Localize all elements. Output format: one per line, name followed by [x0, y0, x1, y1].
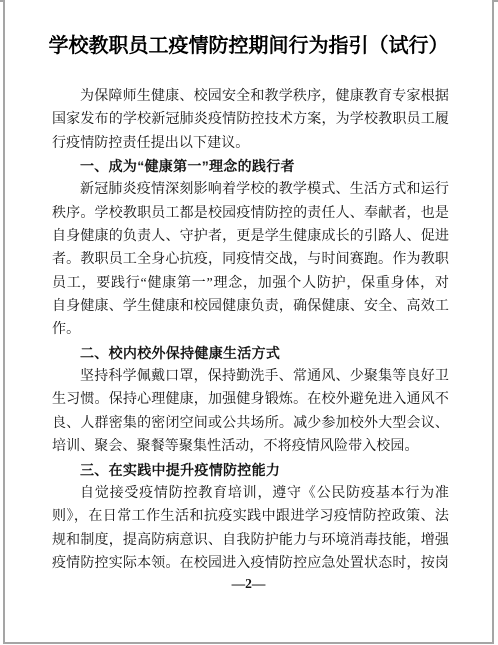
document-page: 学校教职员工疫情防控期间行为指引（试行） 为保障师生健康、校园安全和教学秩序，健…: [3, 0, 494, 644]
text-line: 自觉接受疫情防控教育培训，遵守《公民防疫基本行为准: [52, 482, 449, 505]
text-line: 员工，要践行“健康第一”理念，加强个人防护，保重身体，对: [52, 272, 449, 295]
section-heading: 一、成为“健康第一”理念的践行者: [52, 155, 449, 178]
page-number: —2—: [5, 576, 492, 592]
text-line: 坚持科学佩戴口罩，保持勤洗手、常通风、少聚集等良好卫: [52, 365, 449, 388]
text-line: 者。教职员工全身心抗疫，同疫情交战，与时间赛跑。作为教职: [52, 248, 449, 271]
text-line: 则》，在日常工作生活和抗疫实践中跟进学习疫情防控政策、法: [52, 505, 449, 528]
text-line: 为保障师生健康、校园安全和教学秩序，健康教育专家根据: [52, 85, 449, 108]
section-heading: 二、校内校外保持健康生活方式: [52, 342, 449, 365]
text-line: 行疫情防控责任提出以下建议。: [52, 132, 449, 155]
text-line: 自身健康、学生健康和校园健康负责，确保健康、安全、高效工: [52, 295, 449, 318]
text-line: 疫情防控实际本领。在校园进入疫情防控应急处置状态时，按岗: [52, 552, 449, 575]
text-line: 新冠肺炎疫情深刻影响着学校的教学模式、生活方式和运行: [52, 178, 449, 201]
text-line: 秩序。学校教职员工都是校园疫情防控的责任人、奉献者，也是: [52, 202, 449, 225]
document-viewer: 学校教职员工疫情防控期间行为指引（试行） 为保障师生健康、校园安全和教学秩序，健…: [0, 0, 498, 645]
section-heading: 三、在实践中提升疫情防控能力: [52, 459, 449, 482]
text-line: 生习惯。保持心理健康，加强健身锻炼。在校外避免进入通风不: [52, 388, 449, 411]
text-line: 规和制度，提高防病意识、自我防护能力与环境消毒技能，增强: [52, 529, 449, 552]
text-line: 培训、聚会、聚餐等聚集性活动，不将疫情风险带入校园。: [52, 435, 449, 458]
text-line: 作。: [52, 318, 449, 341]
page-title: 学校教职员工疫情防控期间行为指引（试行）: [5, 33, 492, 59]
document-body: 为保障师生健康、校园安全和教学秩序，健康教育专家根据国家发布的学校新冠肺炎疫情防…: [5, 85, 492, 575]
text-line: 良、人群密集的密闭空间或公共场所。减少参加校外大型会议、: [52, 412, 449, 435]
text-line: 国家发布的学校新冠肺炎疫情防控技术方案，为学校教职员工履: [52, 108, 449, 131]
text-line: 自身健康的负责人、守护者，更是学生健康成长的引路人、促进: [52, 225, 449, 248]
